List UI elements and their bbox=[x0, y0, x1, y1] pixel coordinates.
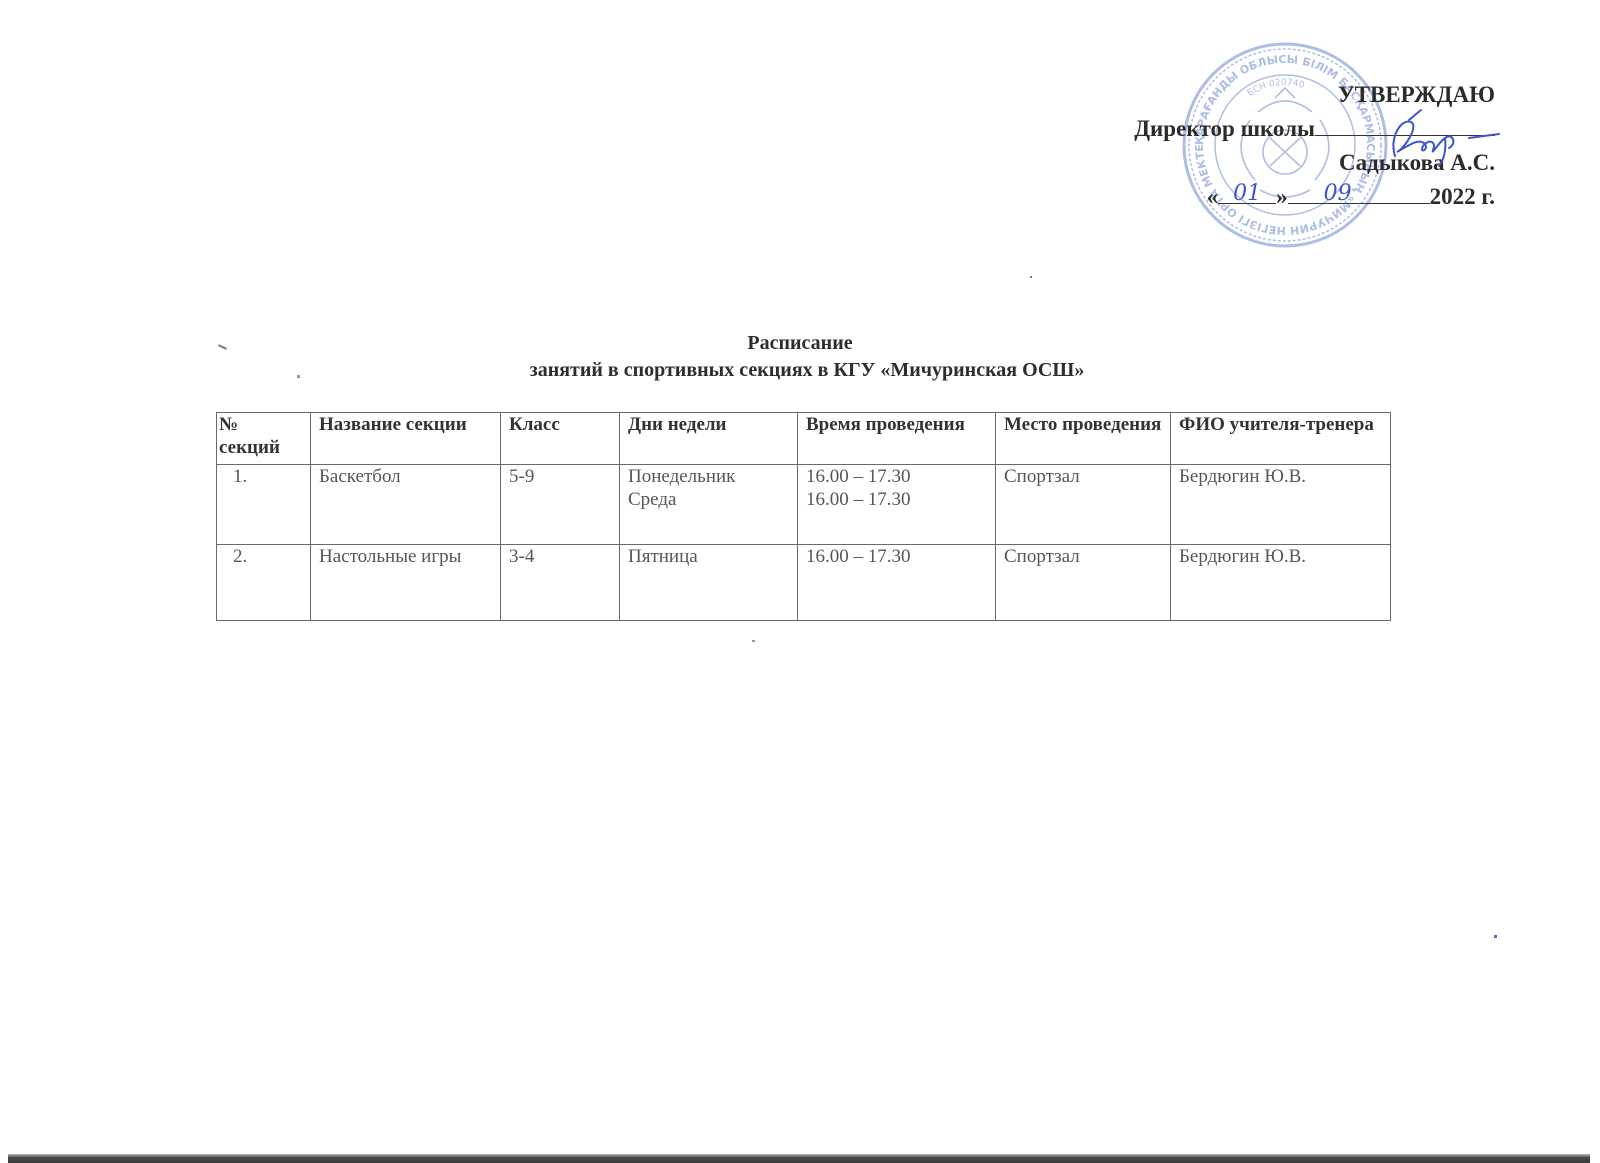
header-grade: Класс bbox=[501, 413, 620, 465]
header-number: № секций bbox=[217, 413, 311, 465]
day: Понедельник bbox=[628, 465, 789, 488]
place: Спортзал bbox=[996, 465, 1171, 545]
place: Спортзал bbox=[996, 545, 1171, 621]
signature-icon bbox=[1375, 108, 1505, 168]
teacher: Бердюгин Ю.В. bbox=[1171, 545, 1391, 621]
grade: 5-9 bbox=[501, 465, 620, 545]
row-number: 1. bbox=[217, 465, 311, 545]
table-row: 2. Настольные игры 3-4 Пятница 16.00 – 1… bbox=[217, 545, 1391, 621]
director-position: Директор школы bbox=[1134, 116, 1315, 141]
header-time: Время проведения bbox=[798, 413, 996, 465]
days: Понедельник Среда bbox=[620, 465, 798, 545]
section-name: Баскетбол bbox=[311, 465, 501, 545]
days: Пятница bbox=[620, 545, 798, 621]
section-name: Настольные игры bbox=[311, 545, 501, 621]
quote-open: « bbox=[1207, 184, 1219, 209]
quote-close: » bbox=[1276, 184, 1288, 209]
row-number: 2. bbox=[217, 545, 311, 621]
grade: 3-4 bbox=[501, 545, 620, 621]
time: 16.00 – 17.30 16.00 – 17.30 bbox=[798, 465, 996, 545]
time-slot: 16.00 – 17.30 bbox=[806, 545, 987, 568]
title-line-1: Расписание bbox=[0, 330, 1600, 357]
day: Пятница bbox=[628, 545, 789, 568]
table-header-row: № секций Название секции Класс Дни недел… bbox=[217, 413, 1391, 465]
scan-speck bbox=[1030, 276, 1032, 278]
schedule-table: № секций Название секции Класс Дни недел… bbox=[216, 412, 1391, 621]
date-day: 01 bbox=[1218, 177, 1276, 211]
scan-speck bbox=[752, 640, 755, 642]
header-teacher: ФИО учителя-тренера bbox=[1171, 413, 1391, 465]
scanner-edge bbox=[8, 1154, 1590, 1163]
header-place: Место проведения bbox=[996, 413, 1171, 465]
time: 16.00 – 17.30 bbox=[798, 545, 996, 621]
table-row: 1. Баскетбол 5-9 Понедельник Среда 16.00… bbox=[217, 465, 1391, 545]
date-month: 09 bbox=[1288, 177, 1388, 211]
teacher: Бердюгин Ю.В. bbox=[1171, 465, 1391, 545]
header-section-name: Название секции bbox=[311, 413, 501, 465]
time-slot: 16.00 – 17.30 bbox=[806, 465, 987, 488]
day: Среда bbox=[628, 488, 789, 511]
title-line-2: занятий в спортивных секциях в КГУ «Мичу… bbox=[0, 357, 1600, 384]
approval-date: «01»092022 г. bbox=[1075, 180, 1495, 214]
document-title: Расписание занятий в спортивных секциях … bbox=[0, 330, 1600, 384]
time-slot: 16.00 – 17.30 bbox=[806, 488, 987, 511]
approval-heading: УТВЕРЖДАЮ bbox=[1075, 78, 1495, 112]
date-year: 2022 г. bbox=[1430, 184, 1495, 209]
header-days: Дни недели bbox=[620, 413, 798, 465]
scan-speck bbox=[1494, 935, 1497, 938]
scan-speck bbox=[297, 375, 300, 378]
